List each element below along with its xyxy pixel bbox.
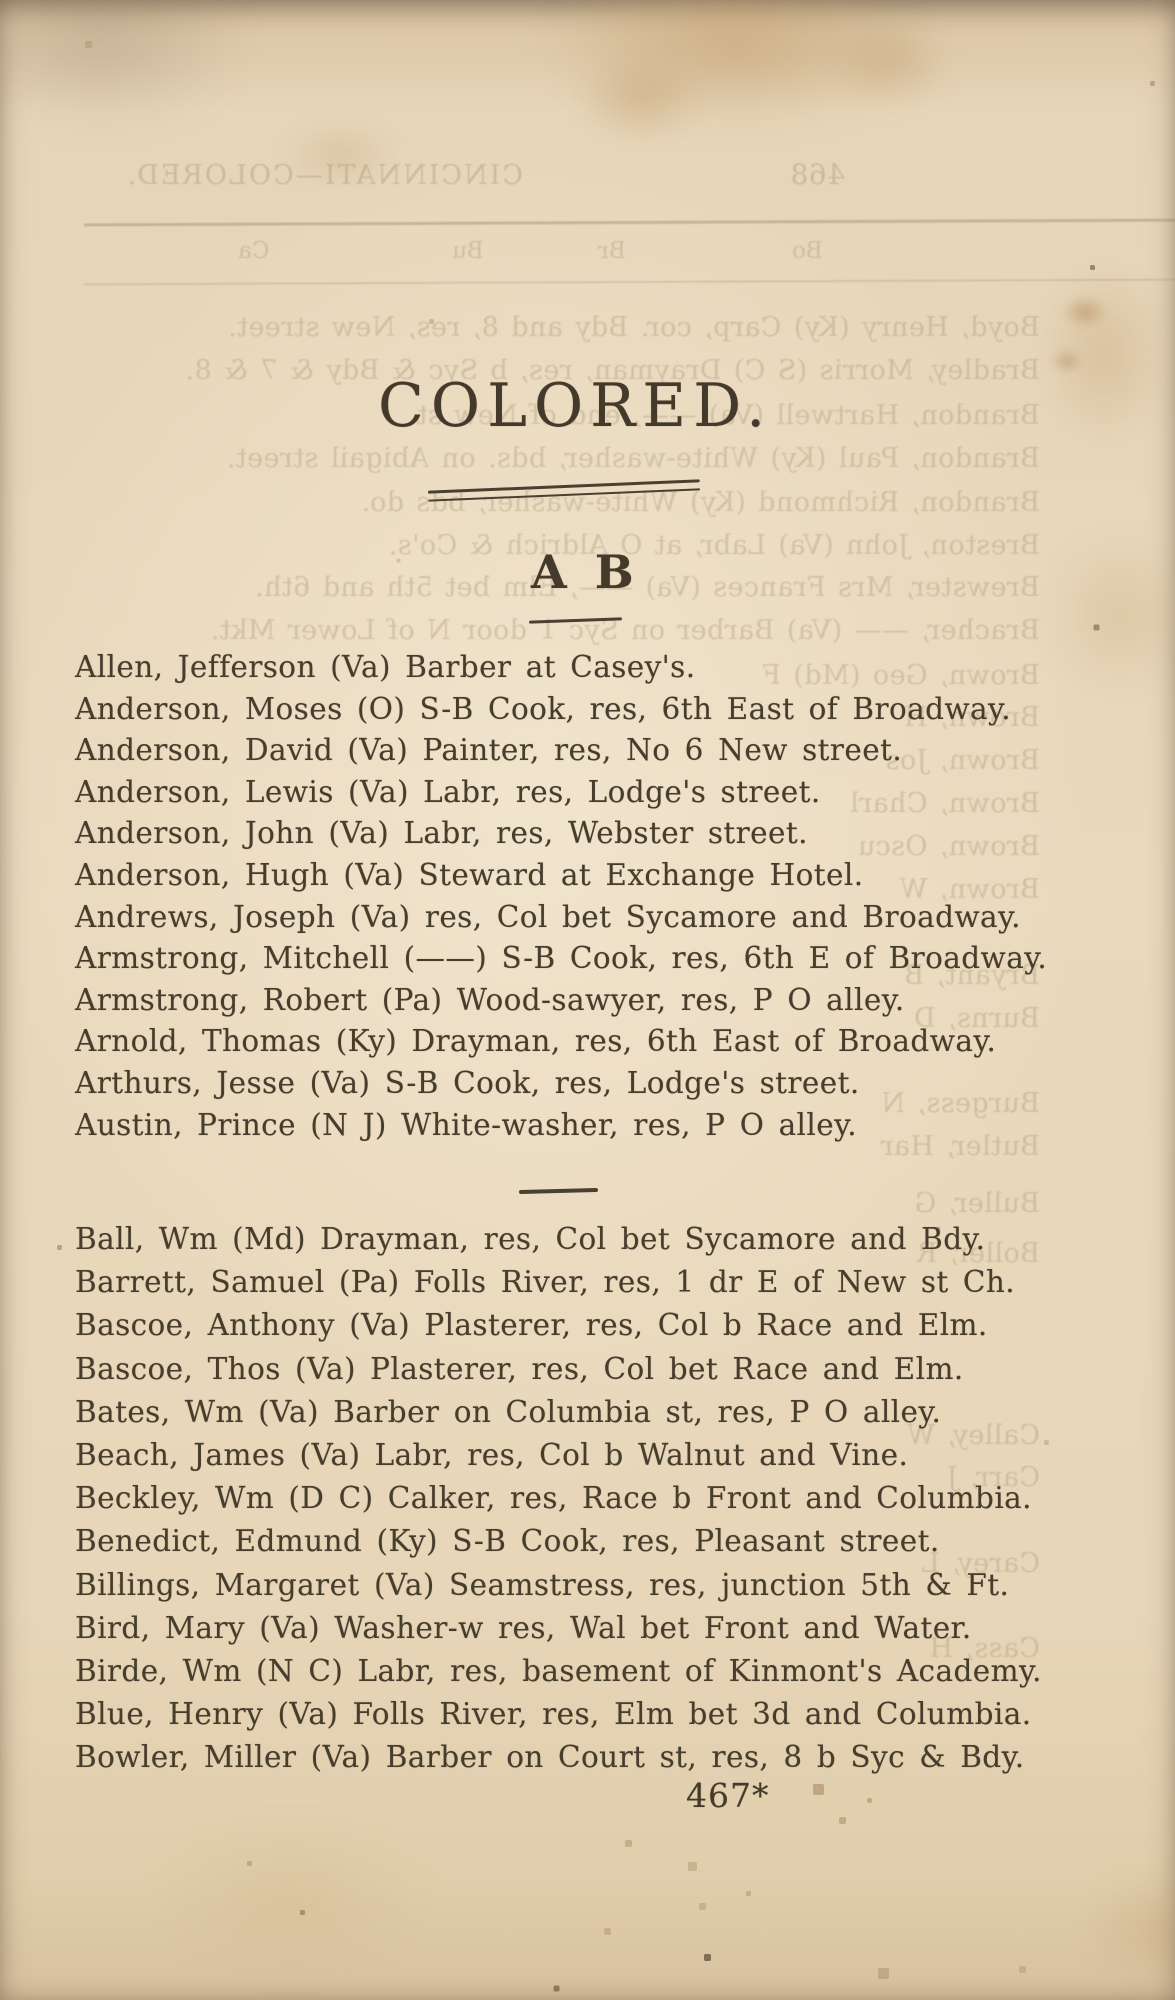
group-divider-rule <box>519 1188 598 1194</box>
directory-entry: Blue, Henry (Va) Folls River, res, Elm b… <box>75 1697 1155 1740</box>
page-number: 467* <box>686 1776 770 1815</box>
title-divider-double-rule <box>428 479 700 501</box>
directory-entry: Arnold, Thomas (Ky) Drayman, res, 6th Ea… <box>75 1024 1155 1066</box>
paper-stain <box>280 120 400 190</box>
directory-entry: Beckley, Wm (D C) Calker, res, Race b Fr… <box>75 1481 1155 1524</box>
directory-page: 468 CINCINNATI—COLORED. CaBuBrBo Boyd, H… <box>0 0 1175 2000</box>
bleedthrough-header-rule <box>84 219 1175 226</box>
paper-stain <box>1080 1870 1175 1990</box>
directory-entry: Bascoe, Anthony (Va) Plasterer, res, Col… <box>75 1308 1155 1351</box>
bleedthrough-running-title: CINCINNATI—COLORED. <box>178 160 523 191</box>
directory-entry: Armstrong, Robert (Pa) Wood-sawyer, res,… <box>75 983 1155 1025</box>
directory-entry: Benedict, Edmund (Ky) S-B Cook, res, Ple… <box>75 1524 1155 1567</box>
directory-entry: Anderson, Moses (O) S-B Cook, res, 6th E… <box>75 692 1155 734</box>
directory-entry: Allen, Jefferson (Va) Barber at Casey's. <box>75 650 1155 692</box>
paper-stain <box>0 0 250 130</box>
directory-entry: Billings, Margaret (Va) Seamstress, res,… <box>75 1568 1155 1611</box>
directory-entry: Ball, Wm (Md) Drayman, res, Col bet Syca… <box>75 1222 1155 1265</box>
directory-entry: Bowler, Miller (Va) Barber on Court st, … <box>75 1740 1155 1783</box>
bleedthrough-header-rule <box>84 279 1175 286</box>
page-title: COLORED. <box>378 371 772 441</box>
directory-entry: Bascoe, Thos (Va) Plasterer, res, Col be… <box>75 1352 1155 1395</box>
directory-entry: Anderson, Lewis (Va) Labr, res, Lodge's … <box>75 775 1155 817</box>
section-heading-rule <box>529 617 622 623</box>
directory-entry: Bates, Wm (Va) Barber on Columbia st, re… <box>75 1395 1155 1438</box>
paper-stain <box>1050 348 1084 374</box>
paper-stain <box>575 55 705 145</box>
bleedthrough-line: Boyd, Henry (Ky) Carp, cor. Bdy and 8, r… <box>90 312 1040 343</box>
directory-entry: Austin, Prince (N J) White-washer, res, … <box>75 1108 1155 1150</box>
bleedthrough-line: Buller, G <box>90 1188 1040 1219</box>
paper-stain <box>1062 295 1108 329</box>
directory-entry: Birde, Wm (N C) Labr, res, basement of K… <box>75 1654 1155 1697</box>
paper-stain <box>825 15 955 110</box>
entry-list-a: Allen, Jefferson (Va) Barber at Casey's.… <box>75 650 1155 1149</box>
directory-entry: Arthurs, Jesse (Va) S-B Cook, res, Lodge… <box>75 1066 1155 1108</box>
paper-stain <box>150 1820 430 1980</box>
bleedthrough-guide-letter: Br <box>598 238 626 264</box>
bleedthrough-guide-letter: Ca <box>238 238 269 264</box>
directory-entry: Bird, Mary (Va) Washer-w res, Wal bet Fr… <box>75 1611 1155 1654</box>
bleedthrough-page-number: 468 <box>790 158 845 191</box>
directory-entry: Barrett, Samuel (Pa) Folls River, res, 1… <box>75 1265 1155 1308</box>
directory-entry: Anderson, John (Va) Labr, res, Webster s… <box>75 816 1155 858</box>
directory-entry: Andrews, Joseph (Va) res, Col bet Sycamo… <box>75 900 1155 942</box>
entry-list-b: Ball, Wm (Md) Drayman, res, Col bet Syca… <box>75 1222 1155 1783</box>
bleedthrough-line: Brandon, Paul (Ky) White-washer, bds. on… <box>90 443 1040 474</box>
section-heading: A B <box>531 545 640 599</box>
bleedthrough-guide-letter: Bu <box>452 238 484 264</box>
foxing-specks <box>0 0 1 1</box>
directory-entry: Armstrong, Mitchell (——) S-B Cook, res, … <box>75 941 1155 983</box>
bleedthrough-guide-letter: Bo <box>792 238 823 264</box>
paper-stain <box>1035 260 1175 450</box>
directory-entry: Beach, James (Va) Labr, res, Col b Walnu… <box>75 1438 1155 1481</box>
directory-entry: Anderson, David (Va) Painter, res, No 6 … <box>75 733 1155 775</box>
paper-stain <box>540 0 930 130</box>
directory-entry: Anderson, Hugh (Va) Steward at Exchange … <box>75 858 1155 900</box>
